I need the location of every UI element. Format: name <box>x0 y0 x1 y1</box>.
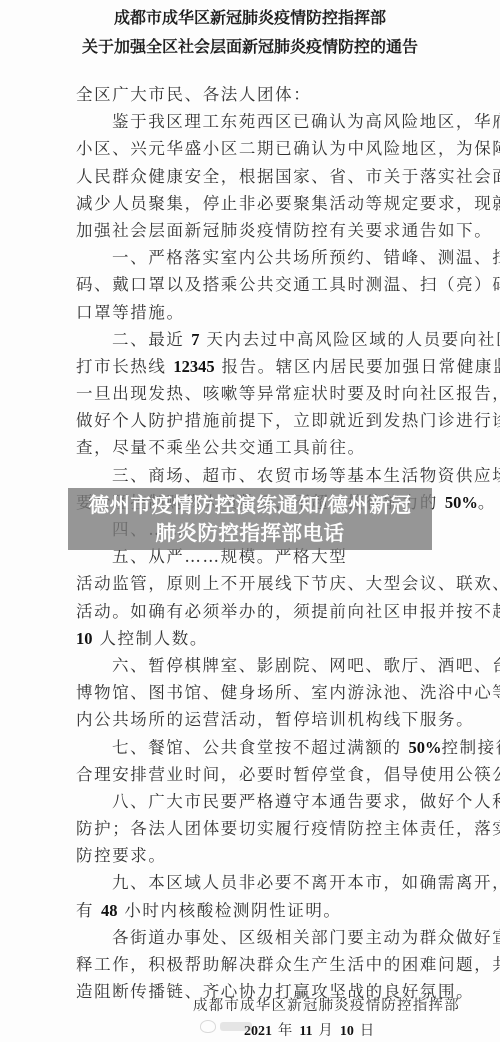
banner-line-2: 肺炎防控指挥部电话 <box>68 519 432 547</box>
body-line: 鉴于我区理工东苑西区已确认为高风险地区，华府沙河 <box>76 108 428 135</box>
item-8-line: 防护；各法人团体要切实履行疫情防控主体责任，落实疫情 <box>76 815 428 842</box>
item-5-line: 10 人控制人数。 <box>76 625 428 652</box>
issuer-title: 成都市成华区新冠肺炎疫情防控指挥部 <box>0 5 500 28</box>
body-line: 加强社会层面新冠肺炎疫情防控有关要求通告如下。 <box>76 217 428 244</box>
watermark <box>200 1020 252 1033</box>
notice-document: 成都市成华区新冠肺炎疫情防控指挥部 关于加强全区社会层面新冠肺炎疫情防控的通告 … <box>0 0 500 1042</box>
item-1-line: 口罩等措施。 <box>76 299 428 326</box>
item-2-line: 二、最近 7 天内去过中高风险区域的人员要向社区或拨 <box>76 326 428 353</box>
banner-line-1: 德州市疫情防控演练通知/德州新冠 <box>68 491 432 519</box>
signature-org: 成都市成华区新冠肺炎疫情防控指挥部 <box>193 994 460 1015</box>
item-6-line: 博物馆、图书馆、健身场所、室内游泳池、洗浴中心等有关室 <box>76 679 428 706</box>
days-value: 7 <box>191 330 199 349</box>
item-1-line: 码、戴口罩以及搭乘公共交通工具时测温、扫（亮）码、戴 <box>76 271 428 298</box>
item-2-line: 一旦出现发热、咳嗽等异常症状时要及时向社区报告，并在 <box>76 380 428 407</box>
item-2-line: 做好个人防护措施前提下，立即就近到发热门诊进行诊断排 <box>76 407 428 434</box>
item-9-line: 九、本区域人员非必要不离开本市，如确需离开，须持 <box>76 869 428 896</box>
closing-line: 各街道办事处、区级相关部门要主动为群众做好宣传解 <box>76 924 428 951</box>
body-line: 减少人员聚集，停止非必要聚集活动等规定要求，现就我区 <box>76 190 428 217</box>
item-6-line: 内公共场所的运营活动，暂停培训机构线下服务。 <box>76 706 428 733</box>
item-8-line: 八、广大市民要严格遵守本通告要求，做好个人和家庭 <box>76 788 428 815</box>
item-5-line: 活动监管，原则上不开展线下节庆、大型会议、联欢、聚餐等 <box>76 570 428 597</box>
hotline-number: 12345 <box>173 357 214 376</box>
item-3-line: 三、商场、超市、农贸市场等基本生活物资供应场所， <box>76 462 428 489</box>
overlay-title-banner: 德州市疫情防控演练通知/德州新冠 肺炎防控指挥部电话 <box>68 488 432 550</box>
salutation: 全区广大市民、各法人团体： <box>76 81 428 108</box>
item-5-line: 活动。如确有必须举办的，须提前向社区申报并按不超过 <box>76 598 428 625</box>
item-7-line: 七、餐馆、公共食堂按不超过满额的 50%控制接待规模， <box>76 734 428 761</box>
notice-title: 关于加强全区社会层面新冠肺炎疫情防控的通告 <box>0 34 500 57</box>
watermark-username-blurred <box>220 1022 252 1031</box>
body-line: 小区、兴元华盛小区二期已确认为中风险地区，为保障广大 <box>76 135 428 162</box>
closing-line: 释工作，积极帮助解决群众生产生活中的困难问题，共同营 <box>76 951 428 978</box>
item-7-line: 合理安排营业时间，必要时暂停堂食，倡导使用公筷公勺。 <box>76 761 428 788</box>
item-2-line: 打市长热线 12345 报告。辖区内居民要加强日常健康监测， <box>76 353 428 380</box>
weibo-icon <box>200 1020 216 1033</box>
item-6-line: 六、暂停棋牌室、影剧院、网吧、歌厅、酒吧、台球厅、 <box>76 652 428 679</box>
max-people-value: 10 <box>76 629 93 648</box>
body-line: 人民群众健康安全，根据国家、省、市关于落实社会面管控， <box>76 163 428 190</box>
item-9-line: 有 48 小时内核酸检测阴性证明。 <box>76 897 428 924</box>
capacity-percent: 50% <box>445 493 478 512</box>
item-2-line: 查，尽量不乘坐公共交通工具前往。 <box>76 434 428 461</box>
signature-date: 2021 年 11 月 10 日 <box>244 1019 375 1040</box>
item-8-line: 防控要求。 <box>76 842 428 869</box>
dining-percent: 50% <box>408 738 441 757</box>
test-hours-value: 48 <box>101 901 118 920</box>
item-1-line: 一、严格落实室内公共场所预约、错峰、测温、扫（亮） <box>76 244 428 271</box>
